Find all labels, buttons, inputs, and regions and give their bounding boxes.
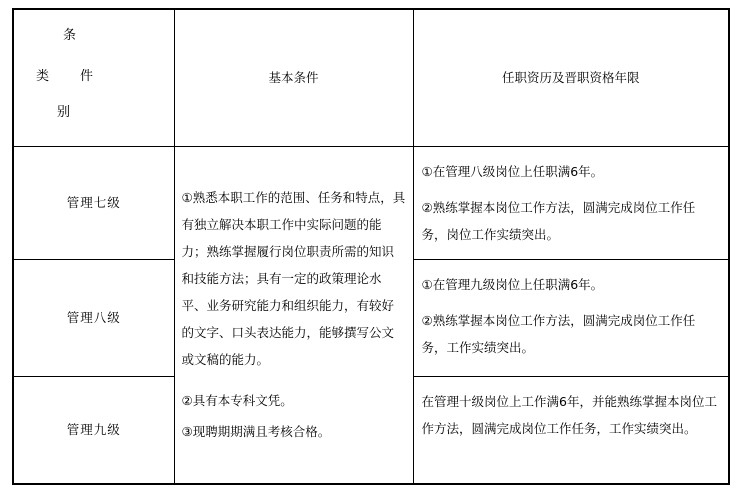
corner-char-lei: 类: [36, 70, 49, 84]
document-page: 条 类 件 别 基本条件 任职资历及晋职资格年限 管理七级 ①熟悉本职工作的范围…: [0, 0, 740, 491]
level-cell-7: 管理七级: [13, 146, 174, 259]
qualification-table: 条 类 件 别 基本条件 任职资历及晋职资格年限 管理七级 ①熟悉本职工作的范围…: [12, 8, 730, 485]
table-row-level-7: 管理七级 ①熟悉本职工作的范围、任务和特点，具有独立解决本职工作中实际问题的能力…: [13, 146, 729, 259]
corner-char-bie: 别: [57, 106, 70, 120]
header-basic-conditions: 基本条件: [174, 9, 413, 146]
basic-condition-item-2: ②具有本专科文凭。: [182, 387, 406, 414]
qualification-cell-level-8: ①在管理九级岗位上任职满6年。 ②熟练掌握本岗位工作方法，圆满完成岗位工作任务，…: [413, 259, 729, 376]
basic-conditions-cell: ①熟悉本职工作的范围、任务和特点，具有独立解决本职工作中实际问题的能力；熟练掌握…: [174, 146, 413, 484]
basic-condition-item-1: ①熟悉本职工作的范围、任务和特点，具有独立解决本职工作中实际问题的能力；熟练掌握…: [182, 184, 406, 373]
level-cell-9: 管理九级: [13, 376, 174, 484]
qualification-item: ①在管理八级岗位上任职满6年。: [422, 158, 721, 185]
qualification-item: 在管理十级岗位上工作满6年，并能熟练掌握本岗位工作方法，圆满完成岗位工作任务，工…: [422, 388, 721, 442]
qualification-item: ①在管理九级岗位上任职满6年。: [422, 271, 721, 298]
corner-char-jian: 件: [80, 70, 93, 84]
level-cell-8: 管理八级: [13, 259, 174, 376]
header-corner-cell: 条 类 件 别: [13, 9, 174, 146]
qualification-cell-level-9: 在管理十级岗位上工作满6年，并能熟练掌握本岗位工作方法，圆满完成岗位工作任务，工…: [413, 376, 729, 484]
corner-char-tiao: 条: [63, 29, 76, 43]
header-qualification-years: 任职资历及晋职资格年限: [413, 9, 729, 146]
header-row: 条 类 件 别 基本条件 任职资历及晋职资格年限: [13, 9, 729, 146]
qualification-item: ②熟练掌握本岗位工作方法，圆满完成岗位工作任务，岗位工作实绩突出。: [422, 194, 721, 248]
qualification-item: ②熟练掌握本岗位工作方法，圆满完成岗位工作任务，工作实绩突出。: [422, 307, 721, 361]
basic-condition-item-3: ③现聘期期满且考核合格。: [182, 418, 406, 445]
qualification-cell-level-7: ①在管理八级岗位上任职满6年。 ②熟练掌握本岗位工作方法，圆满完成岗位工作任务，…: [413, 146, 729, 259]
